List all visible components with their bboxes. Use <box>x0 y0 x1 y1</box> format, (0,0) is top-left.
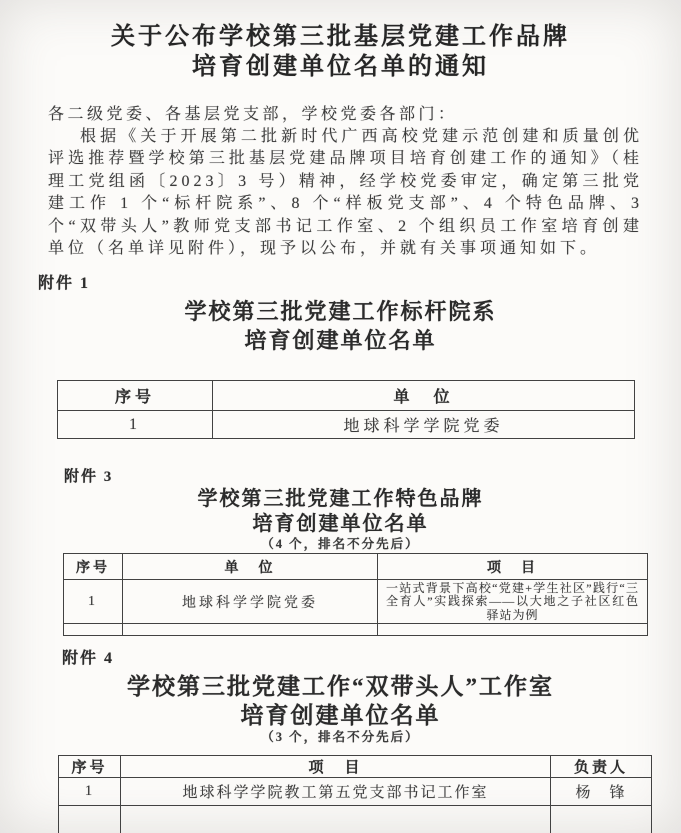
attachment-1-label: 附件 1 <box>38 273 681 295</box>
attachment-4-note: （3 个，排名不分先后） <box>0 730 681 744</box>
attachment-1-title-line2: 培育创建单位名单 <box>0 326 681 355</box>
table-cell <box>59 806 121 833</box>
table-header-cell: 项 目 <box>378 554 648 580</box>
attachment-4-label: 附件 4 <box>62 648 681 670</box>
table-header-row: 序号 单 位 项 目 <box>64 554 648 580</box>
attachment-1-title: 学校第三批党建工作标杆院系 培育创建单位名单 <box>0 297 681 355</box>
table-cell <box>121 806 551 833</box>
table-header-cell: 单 位 <box>213 381 635 411</box>
table-cell: 1 <box>64 580 123 624</box>
table-header-cell: 序号 <box>64 554 123 580</box>
table-header-cell: 序号 <box>59 756 121 778</box>
attachment-3-table: 序号 单 位 项 目 1 地球科学学院党委 一站式背景下高校“党建+学生社区”践… <box>63 553 648 636</box>
document-title: 关于公布学校第三批基层党建工作品牌 培育创建单位名单的通知 <box>0 0 681 82</box>
table-cell: 杨 锋 <box>551 778 652 806</box>
attachment-4-title-line1: 学校第三批党建工作“双带头人”工作室 <box>0 672 681 701</box>
table-cell: 地球科学学院教工第五党支部书记工作室 <box>121 778 551 806</box>
table-header-cell: 序号 <box>58 381 213 411</box>
attachment-1-table: 序号 单 位 1 地球科学学院党委 <box>57 380 635 439</box>
attachment-3-title: 学校第三批党建工作特色品牌 培育创建单位名单 <box>0 487 681 537</box>
table-cell <box>378 624 648 636</box>
table-header-cell: 负责人 <box>551 756 652 778</box>
table-header-row: 序号 项 目 负责人 <box>59 756 652 778</box>
attachment-4-title: 学校第三批党建工作“双带头人”工作室 培育创建单位名单 <box>0 672 681 730</box>
table-row: 1 地球科学学院党委 一站式背景下高校“党建+学生社区”践行“三全育人”实践探索… <box>64 580 648 624</box>
salutation-line: 各二级党委、各基层党支部，学校党委各部门： <box>48 104 645 126</box>
table-cell <box>551 806 652 833</box>
table-header-row: 序号 单 位 <box>58 381 635 411</box>
attachment-3-note: （4 个，排名不分先后） <box>0 537 681 551</box>
table-cell: 地球科学学院党委 <box>123 580 378 624</box>
table-row: 1 地球科学学院教工第五党支部书记工作室 杨 锋 <box>59 778 652 806</box>
document-page: 关于公布学校第三批基层党建工作品牌 培育创建单位名单的通知 各二级党委、各基层党… <box>0 0 681 833</box>
table-cell: 地球科学学院党委 <box>213 411 635 439</box>
table-row-partial <box>64 624 648 636</box>
table-header-cell: 项 目 <box>121 756 551 778</box>
table-header-cell: 单 位 <box>123 554 378 580</box>
table-row: 1 地球科学学院党委 <box>58 411 635 439</box>
table-cell <box>64 624 123 636</box>
table-cell: 1 <box>59 778 121 806</box>
table-row-partial <box>59 806 652 833</box>
table-cell: 一站式背景下高校“党建+学生社区”践行“三全育人”实践探索——以大地之子社区红色… <box>378 580 648 624</box>
table-cell <box>123 624 378 636</box>
table-cell: 1 <box>58 411 213 439</box>
attachment-3-title-line2: 培育创建单位名单 <box>0 512 681 537</box>
attachment-3-title-line1: 学校第三批党建工作特色品牌 <box>0 487 681 512</box>
attachment-4-table: 序号 项 目 负责人 1 地球科学学院教工第五党支部书记工作室 杨 锋 <box>58 755 652 833</box>
attachment-1-title-line1: 学校第三批党建工作标杆院系 <box>0 297 681 326</box>
document-title-line2: 培育创建单位名单的通知 <box>0 52 681 82</box>
document-title-line1: 关于公布学校第三批基层党建工作品牌 <box>0 22 681 52</box>
attachment-3-label: 附件 3 <box>64 467 681 487</box>
attachment-4-title-line2: 培育创建单位名单 <box>0 701 681 730</box>
body-paragraph: 根据《关于开展第二批新时代广西高校党建示范创建和质量创优评选推荐暨学校第三批基层… <box>48 126 643 260</box>
